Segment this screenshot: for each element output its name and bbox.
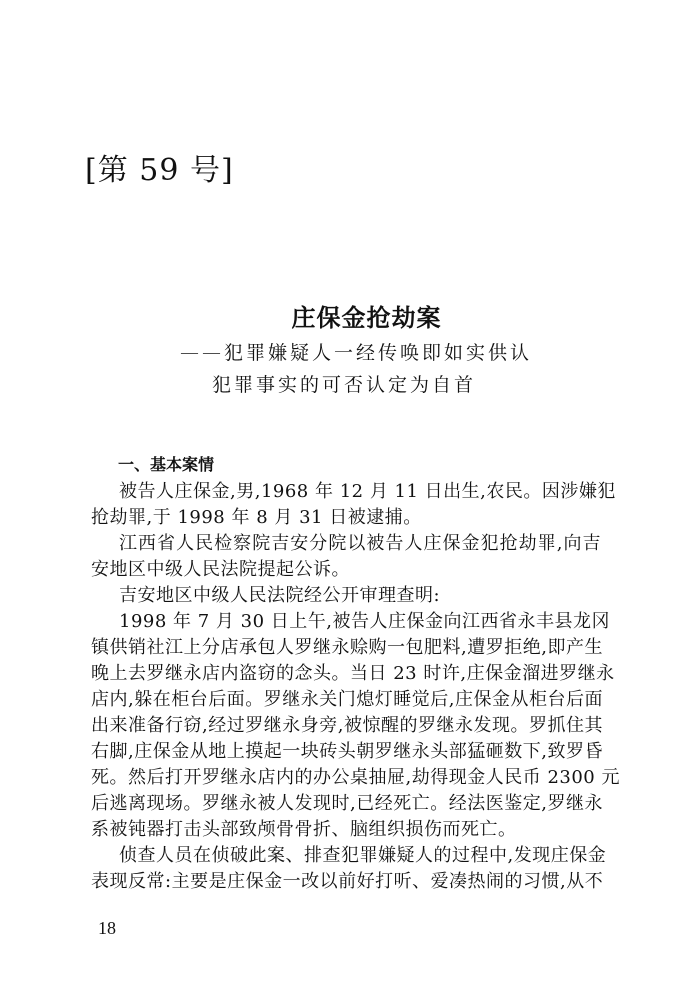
document-page: [第 59 号] 庄保金抢劫案 ——犯罪嫌疑人一经传唤即如实供认 犯罪事实的可否… bbox=[0, 0, 693, 999]
body-line: 吉安地区中级人民法院经公开审理查明: bbox=[91, 583, 601, 609]
body-line: 表现反常:主要是庄保金一改以前好打听、爱凑热闹的习惯,从不 bbox=[91, 869, 601, 895]
case-title: 庄保金抢劫案 bbox=[0, 298, 693, 333]
body-line: 晚上去罗继永店内盗窃的念头。当日 23 时许,庄保金溜进罗继永 bbox=[91, 661, 601, 687]
body-line: 店内,躲在柜台后面。罗继永关门熄灯睡觉后,庄保金从柜台后面 bbox=[91, 687, 601, 713]
body-line: 镇供销社江上分店承包人罗继永赊购一包肥料,遭罗拒绝,即产生 bbox=[91, 635, 601, 661]
body-line: 侦查人员在侦破此案、排查犯罪嫌疑人的过程中,发现庄保金 bbox=[91, 843, 601, 869]
case-subtitle-line-1: ——犯罪嫌疑人一经传唤即如实供认 bbox=[180, 338, 532, 365]
case-subtitle-line-2: 犯罪事实的可否认定为自首 bbox=[212, 370, 476, 397]
body-line: 出来准备行窃,经过罗继永身旁,被惊醒的罗继永发现。罗抓住其 bbox=[91, 713, 601, 739]
body-line: 系被钝器打击头部致颅骨骨折、脑组织损伤而死亡。 bbox=[91, 817, 601, 843]
body-line: 江西省人民检察院吉安分院以被告人庄保金犯抢劫罪,向吉 bbox=[91, 531, 601, 557]
body-line: 死。然后打开罗继永店内的办公桌抽屉,劫得现金人民币 2300 元 bbox=[91, 765, 601, 791]
body-line: 1998 年 7 月 30 日上午,被告人庄保金向江西省永丰县龙冈 bbox=[91, 609, 601, 635]
case-number: [第 59 号] bbox=[85, 145, 234, 189]
section-heading: 一、基本案情 bbox=[118, 452, 214, 475]
body-line: 安地区中级人民法院提起公诉。 bbox=[91, 557, 601, 583]
body-line: 后逃离现场。罗继永被人发现时,已经死亡。经法医鉴定,罗继永 bbox=[91, 791, 601, 817]
page-number: 18 bbox=[98, 918, 116, 939]
body-text: 被告人庄保金,男,1968 年 12 月 11 日出生,农民。因涉嫌犯抢劫罪,于… bbox=[91, 479, 601, 895]
body-line: 抢劫罪,于 1998 年 8 月 31 日被逮捕。 bbox=[91, 505, 601, 531]
body-line: 被告人庄保金,男,1968 年 12 月 11 日出生,农民。因涉嫌犯 bbox=[91, 479, 601, 505]
body-line: 右脚,庄保金从地上摸起一块砖头朝罗继永头部猛砸数下,致罗昏 bbox=[91, 739, 601, 765]
